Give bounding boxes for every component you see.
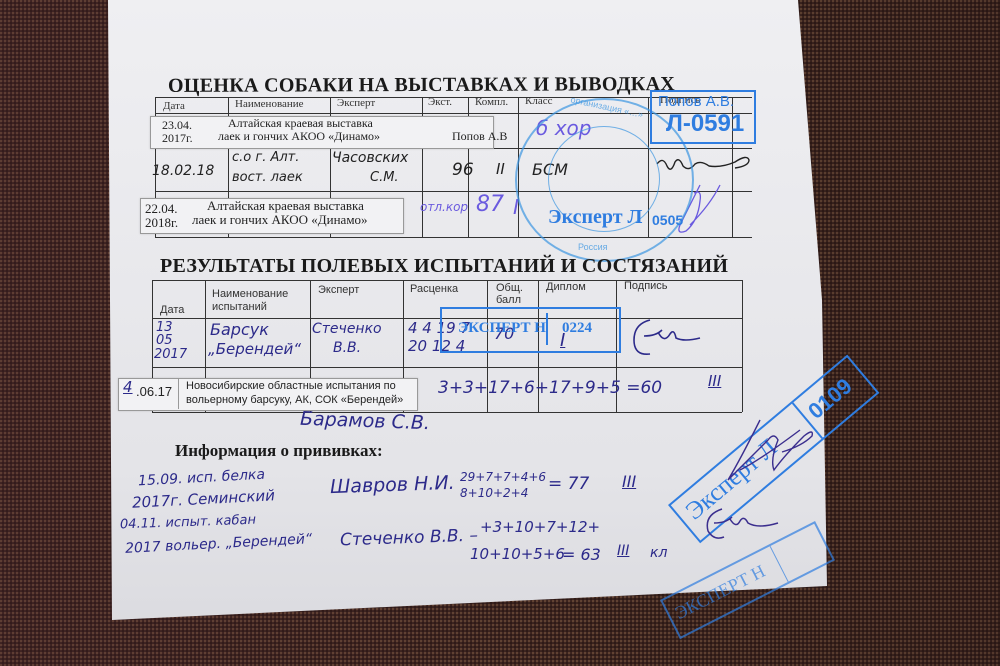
field-row1-date-year: 2017 [154, 347, 187, 362]
col-class: Класс [525, 95, 552, 107]
entry2-expert: Стеченко В.В. – [340, 526, 479, 551]
entry1-sum-line1: 29+7+7+4+6 [460, 470, 546, 484]
col-compl: Компл. [475, 96, 508, 108]
entry2-line2: 2017 вольер. „Берендей“ [125, 531, 313, 557]
entry2-suffix: кл [650, 545, 667, 561]
row3-date-line2: 2018г. [145, 216, 178, 229]
stamp-faded-text: ЭКСПЕРТ Н [672, 561, 769, 624]
entry1-expert: Шавров Н.И. [330, 472, 455, 498]
show-section-title: ОЦЕНКА СОБАКИ НА ВЫСТАВКАХ И ВЫВОДКАХ [168, 73, 675, 98]
row2-name-line1: с.о г. Алт. [232, 150, 299, 165]
row2-expert-line1: Часовских [332, 150, 408, 166]
field-row2-date-day: 4 [123, 378, 133, 396]
field-row2-expert-signature: Барамов С.В. [300, 408, 431, 435]
signature-expert-l [720, 410, 820, 490]
col-expert: Эксперт [318, 284, 359, 296]
row3-ext: отл.кор [420, 200, 468, 214]
vaccination-section-title: Информация о прививках: [175, 441, 383, 461]
field-row1-name-line2: „Берендей“ [208, 340, 301, 358]
field-row2-rating-sum: 3+3+17+6+17+9+5 =60 [438, 378, 662, 398]
col-name: Наименование [235, 98, 304, 110]
entry1-line2: 2017г. Семинский [132, 486, 276, 511]
stamp-0224-code: 0224 [562, 320, 592, 337]
field-section-title: РЕЗУЛЬТАТЫ ПОЛЕВЫХ ИСПЫТАНИЙ И СОСТЯЗАНИ… [160, 255, 728, 278]
entry2-diploma: III [617, 543, 629, 559]
round-stamp-bottom-text: Россия [578, 242, 608, 252]
row3-score: 87 [476, 192, 504, 217]
field-row1-name-line1: Барсук [210, 320, 269, 339]
signature-expert-bottom [700, 505, 790, 545]
col-signature: Подпись [624, 280, 668, 292]
row2-name-line2: вост. лаек [232, 170, 303, 185]
row3-name-line1: Алтайская краевая выставка [207, 199, 364, 212]
row2-date: 18.02.18 [152, 163, 214, 179]
entry2-sum-line2: 10+10+5+6 [470, 545, 565, 563]
row2-ext: 96 [452, 160, 474, 180]
entry2-sum-line1: +3+10+7+12+ [480, 518, 600, 536]
stamp-popov-code: Л-0591 [666, 110, 744, 138]
document-page: ОЦЕНКА СОБАКИ НА ВЫСТАВКАХ И ВЫВОДКАХ Да… [0, 0, 1000, 666]
col-date: Дата [163, 100, 185, 112]
col-expert: Эксперт [337, 97, 375, 109]
expert-stamp-0224: ЭКСПЕРТ Н 0224 [440, 307, 621, 353]
col-total: Общ. балл [496, 282, 526, 306]
field-row2-diploma: III [708, 372, 721, 390]
row1-expert: Попов А.В [452, 130, 507, 143]
col-diploma: Диплом [546, 281, 586, 293]
stamp-0224-text: ЭКСПЕРТ Н [458, 320, 546, 337]
field-row2-name-line2: вольерному барсуку, АК, СОК «Берендей» [186, 394, 403, 407]
expert-stamp-popov: Попов А.В. Л-0591 [650, 90, 756, 144]
row2-expert-line2: С.М. [370, 170, 399, 185]
row1-name-line2: лаек и гончих АКОО «Динамо» [218, 130, 380, 143]
field-row2-name-line1: Новосибирские областные испытания по [186, 380, 396, 393]
signature-field-row1 [628, 316, 718, 361]
entry2-result: = 63 [562, 545, 601, 564]
field-row1-expert-line2: В.В. [333, 340, 361, 356]
row3-date-line1: 22.04. [145, 202, 178, 215]
stamp-popov-name: Попов А.В. [658, 93, 734, 110]
entry1-line1: 15.09. исп. белка [138, 467, 266, 490]
row3-name-line2: лаек и гончих АКОО «Динамо» [192, 213, 368, 226]
entry1-diploma: III [622, 472, 636, 491]
col-rating: Расценка [410, 283, 458, 295]
col-trial-name: Наименование испытаний [212, 288, 302, 314]
col-date: Дата [160, 304, 184, 316]
field-row2-date: .06.17 [136, 385, 172, 398]
field-row1-date-month: 05 [156, 333, 173, 348]
entry1-sum-line2: 8+10+2+4 [460, 486, 528, 500]
entry1-result: = 77 [548, 474, 589, 494]
row1-date-line2: 2017г. [162, 132, 193, 145]
stamp-0505-text: Эксперт Л [548, 206, 642, 229]
row2-compl: II [496, 160, 505, 178]
col-ext: Экст. [428, 96, 452, 108]
field-row1-expert-line1: Стеченко [312, 321, 382, 337]
stamp-0505-code: 0505 [652, 212, 683, 228]
entry2-line1: 04.11. испыт. кабан [120, 513, 256, 533]
